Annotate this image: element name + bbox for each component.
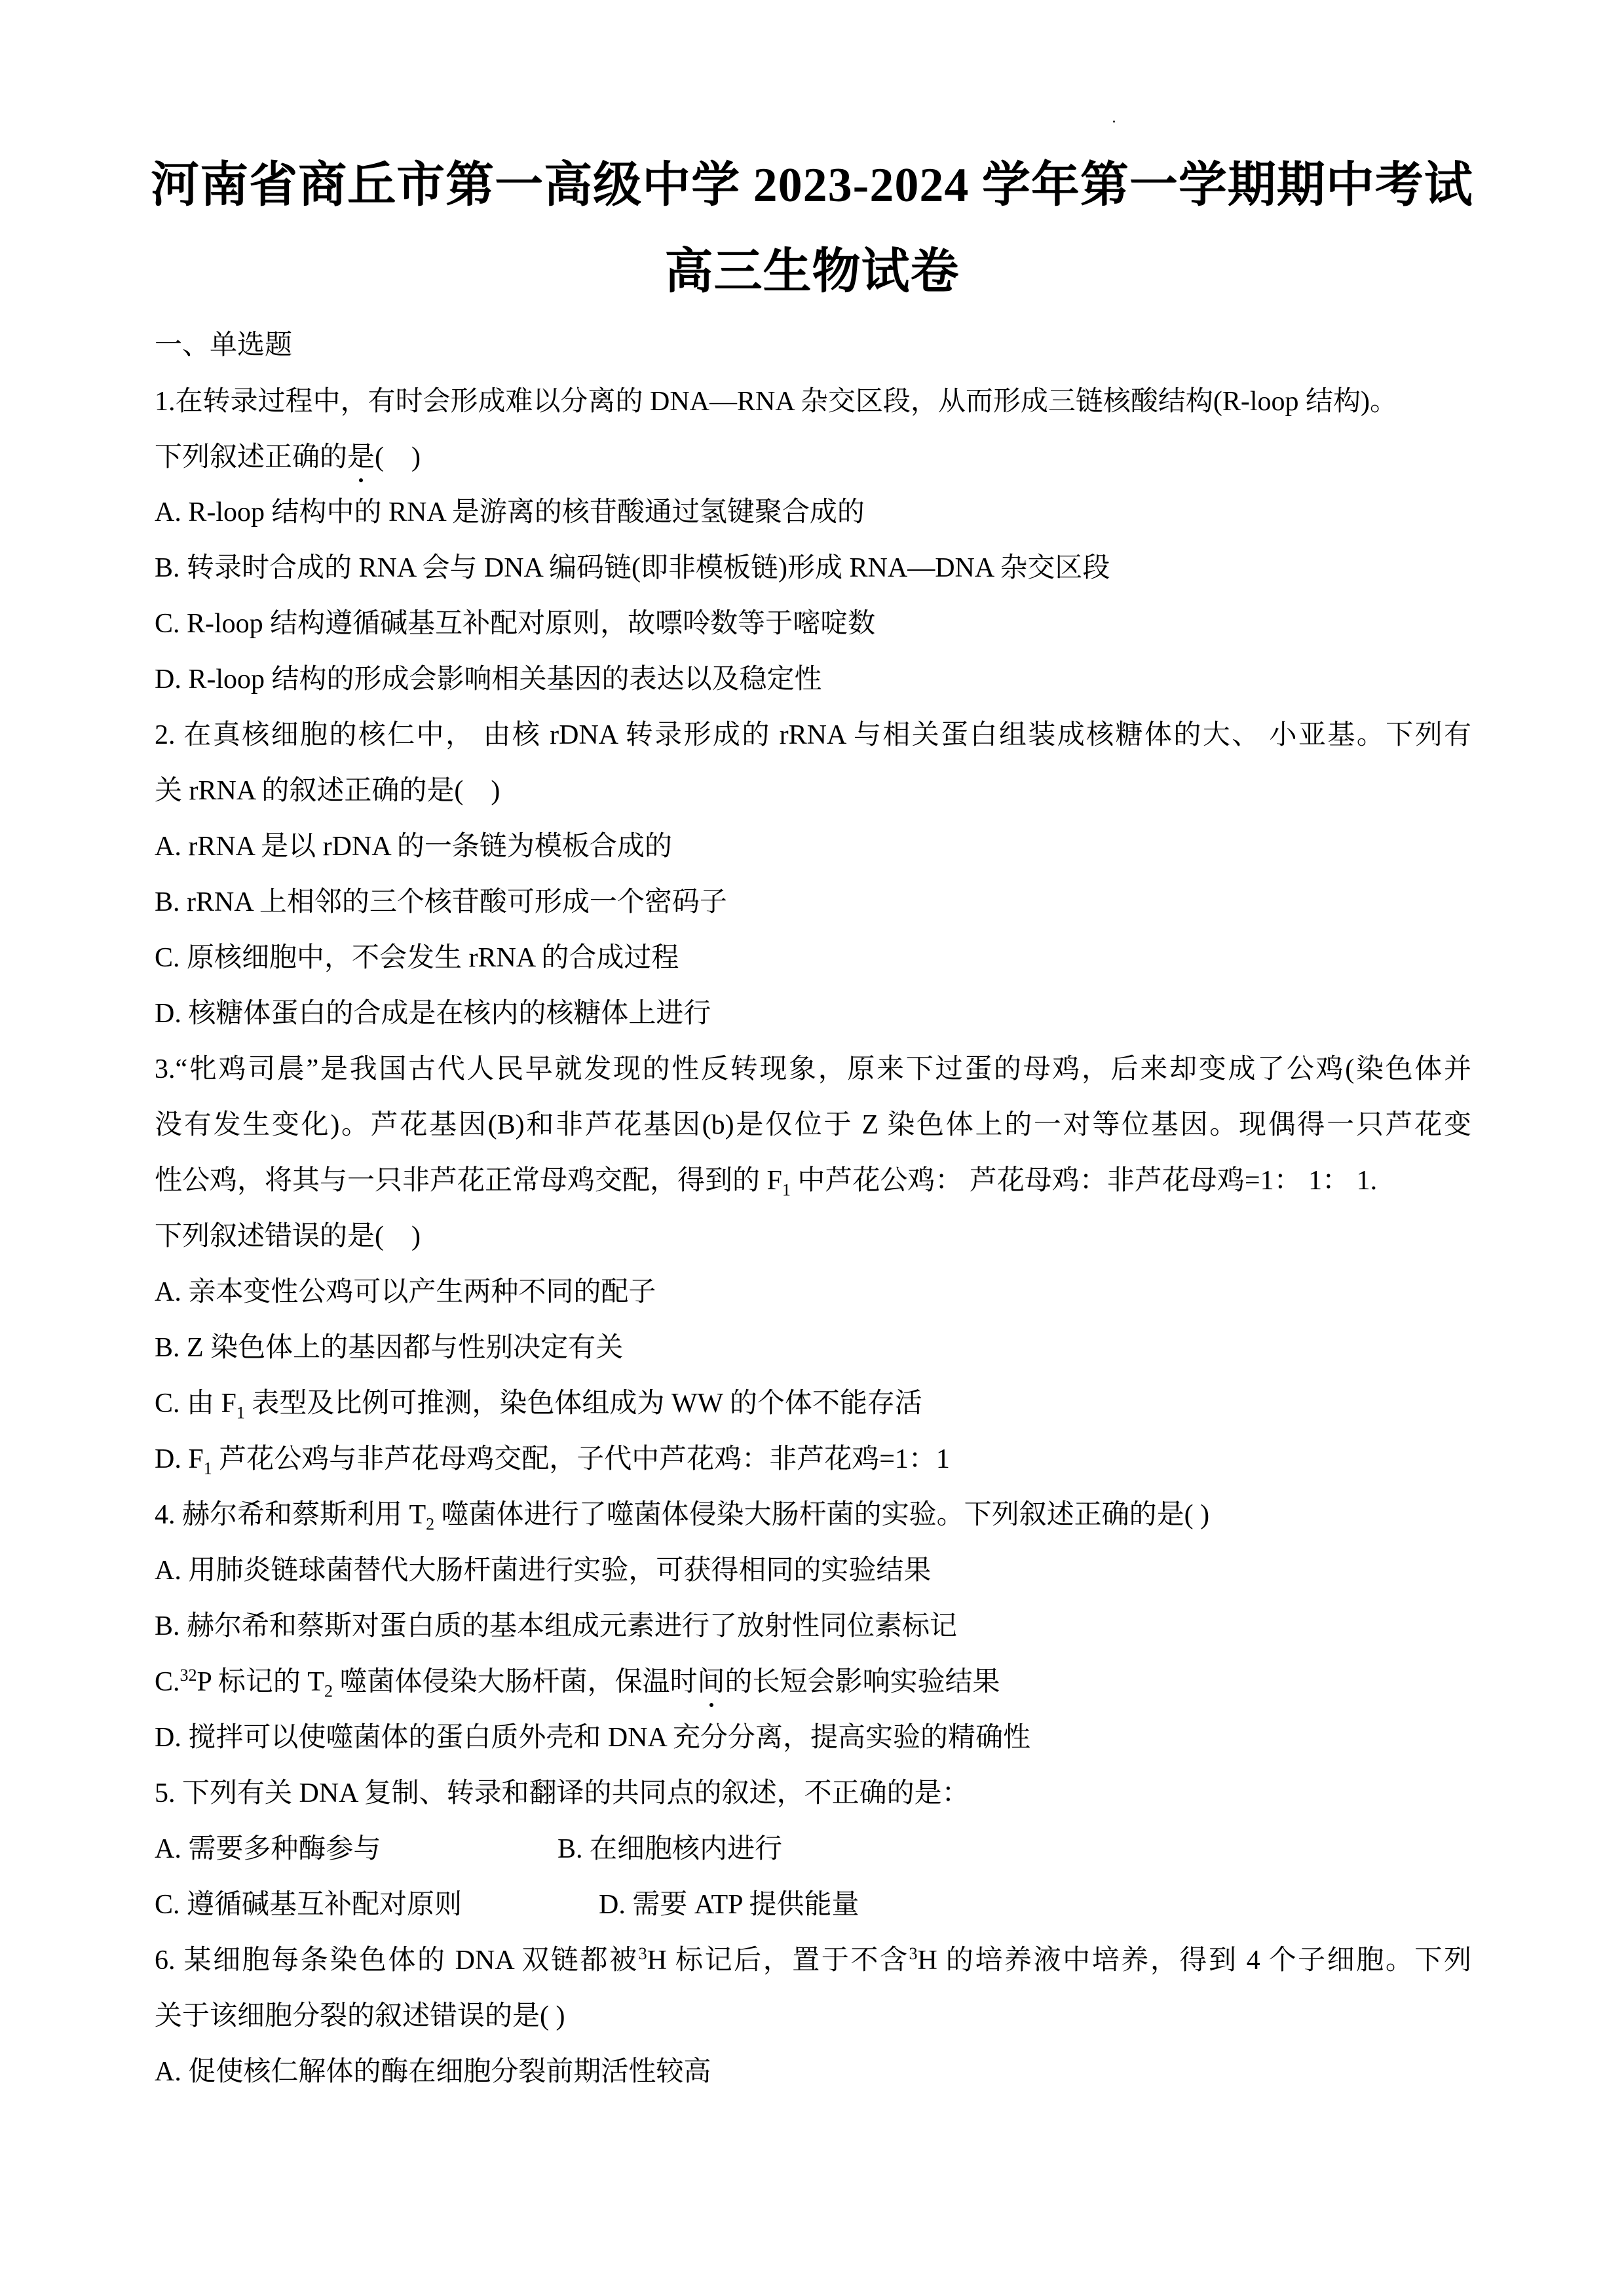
q2-option-b: B. rRNA 上相邻的三个核苷酸可形成一个密码子 [155,883,727,922]
subscript: 2 [426,1514,434,1533]
q1-option-b: B. 转录时合成的 RNA 会与 DNA 编码链(即非模板链)形成 RNA—DN… [155,548,1110,588]
q6-stem-line-2: 关于该细胞分裂的叙述错误的是( ) [155,1997,565,2036]
q4-option-c-label: C. [155,1667,180,1697]
q3-stem-line-1: 3.“牝鸡司晨”是我国古代人民早就发现的性反转现象，原来下过蛋的母鸡，后来却变成… [155,1050,1471,1089]
superscript: 32 [180,1666,197,1685]
q1-stem-line-1: 1.在转录过程中，有时会形成难以分离的 DNA—RNA 杂交区段，从而形成三链核… [155,382,1397,421]
q3-option-c-rest: 表型及比例可推测，染色体组成为 WW 的个体不能存活 [245,1388,922,1419]
q2-option-a: A. rRNA 是以 rDNA 的一条链为模板合成的 [155,827,672,866]
q1-stem-line-2: 下列叙述正确的是( ) [155,438,421,477]
q6-stem-rest: H 的培养液中培养，得到 4 个子细胞。下列 [918,1945,1471,1976]
subscript: 1 [782,1180,791,1199]
q5-option-c: C. 遵循碱基互补配对原则 [155,1885,599,1924]
answer-blank: ( ) [375,442,421,472]
q2-stem-line-1: 2. 在真核细胞的核仁中， 由核 rDNA 转录形成的 rRNA 与相关蛋白组装… [155,716,1471,755]
q4-stem-line-1: 4. 赫尔希和蔡斯利用 T2 噬菌体进行了噬菌体侵染大肠杆菌的实验。下列叙述正确… [155,1495,1209,1535]
q6-stem-text: 6. 某细胞每条染色体的 DNA 双链都被 [155,1945,639,1976]
exam-page: 河南省商丘市第一高级中学 2023-2024 学年第一学期期中考试 高三生物试卷… [0,0,1624,2296]
q6-stem-mid: H 标记后，置于不含 [647,1945,909,1976]
q3-option-a: A. 亲本变性公鸡可以产生两种不同的配子 [155,1272,656,1312]
q1-stem-text: 下列叙述正确的 [155,442,347,472]
q1-option-c: C. R-loop 结构遵循碱基互补配对原则，故嘌呤数等于嘧啶数 [155,604,875,643]
q4-option-a: A. 用肺炎链球菌替代大肠杆菌进行实验，可获得相同的实验结果 [155,1551,931,1590]
superscript: 3 [909,1944,918,1963]
q3-stem-line-2: 没有发生变化)。芦花基因(B)和非芦花基因(b)是仅位于 Z 染色体上的一对等位… [155,1105,1471,1145]
q5-options-row-1: A. 需要多种酶参与B. 在细胞核内进行 [155,1829,782,1869]
subscript: 1 [204,1459,212,1478]
q5-option-d: D. 需要 ATP 提供能量 [599,1885,859,1924]
emphasis-dot-char: 间 [698,1662,725,1702]
q5-option-a: A. 需要多种酶参与 [155,1829,557,1869]
q4-option-b: B. 赫尔希和蔡斯对蛋白质的基本组成元素进行了放射性同位素标记 [155,1607,957,1646]
q3-option-d-text: D. F [155,1444,204,1474]
exam-subtitle: 高三生物试卷 [0,242,1624,301]
superscript: 3 [639,1944,647,1963]
q4-stem-rest: 噬菌体进行了噬菌体侵染大肠杆菌的实验。下列叙述正确的是( ) [434,1500,1209,1530]
emphasis-dot-char: 是 [347,438,375,477]
q4-option-c-text: P 标记的 T [197,1667,324,1697]
q2-option-d: D. 核糖体蛋白的合成是在核内的核糖体上进行 [155,994,711,1033]
subscript: 1 [236,1403,245,1422]
q3-option-d: D. F1 芦花公鸡与非芦花母鸡交配，子代中芦花鸡：非芦花鸡=1：1 [155,1440,950,1479]
q3-stem-text: 性公鸡，将其与一只非芦花正常母鸡交配，得到的 F [155,1166,782,1196]
section-heading: 一、单选题 [155,326,292,365]
q5-stem-line-1: 5. 下列有关 DNA 复制、转录和翻译的共同点的叙述，不正确的是： [155,1774,970,1813]
scan-artifact-dot [1113,121,1115,123]
q1-option-a: A. R-loop 结构中的 RNA 是游离的核苷酸通过氢键聚合成的 [155,493,865,532]
exam-title: 河南省商丘市第一高级中学 2023-2024 学年第一学期期中考试 [0,156,1624,215]
q4-option-c-rest: 噬菌体侵染大肠杆菌，保温时 [333,1667,698,1697]
subscript: 2 [324,1681,333,1700]
q2-stem-line-2: 关 rRNA 的叙述正确的是( ) [155,771,500,811]
q3-option-d-rest: 芦花公鸡与非芦花母鸡交配，子代中芦花鸡：非芦花鸡=1：1 [212,1444,950,1474]
q2-option-c: C. 原核细胞中，不会发生 rRNA 的合成过程 [155,938,679,978]
q5-options-row-2: C. 遵循碱基互补配对原则D. 需要 ATP 提供能量 [155,1885,859,1924]
q5-option-b: B. 在细胞核内进行 [557,1829,782,1869]
q4-option-d: D. 搅拌可以使噬菌体的蛋白质外壳和 DNA 充分分离，提高实验的精确性 [155,1718,1030,1757]
q1-option-d: D. R-loop 结构的形成会影响相关基因的表达以及稳定性 [155,660,822,699]
q3-option-c: C. 由 F1 表型及比例可推测，染色体组成为 WW 的个体不能存活 [155,1384,922,1423]
q3-option-b: B. Z 染色体上的基因都与性别决定有关 [155,1328,623,1368]
q6-option-a: A. 促使核仁解体的酶在细胞分裂前期活性较高 [155,2052,711,2092]
q3-stem-ratio: 中芦花公鸡： 芦花母鸡：非芦花母鸡=1： 1： 1. [791,1166,1377,1196]
q3-stem-line-4: 下列叙述错误的是( ) [155,1217,421,1256]
q3-option-c-text: C. 由 F [155,1388,236,1419]
q6-stem-line-1: 6. 某细胞每条染色体的 DNA 双链都被3H 标记后，置于不含3H 的培养液中… [155,1941,1471,1980]
q4-stem-text: 4. 赫尔希和蔡斯利用 T [155,1500,426,1530]
q4-option-c-end: 的长短会影响实验结果 [725,1667,1000,1697]
q3-stem-line-3: 性公鸡，将其与一只非芦花正常母鸡交配，得到的 F1 中芦花公鸡： 芦花母鸡：非芦… [155,1161,1377,1200]
q4-option-c: C.32P 标记的 T2 噬菌体侵染大肠杆菌，保温时间的长短会影响实验结果 [155,1662,1000,1702]
